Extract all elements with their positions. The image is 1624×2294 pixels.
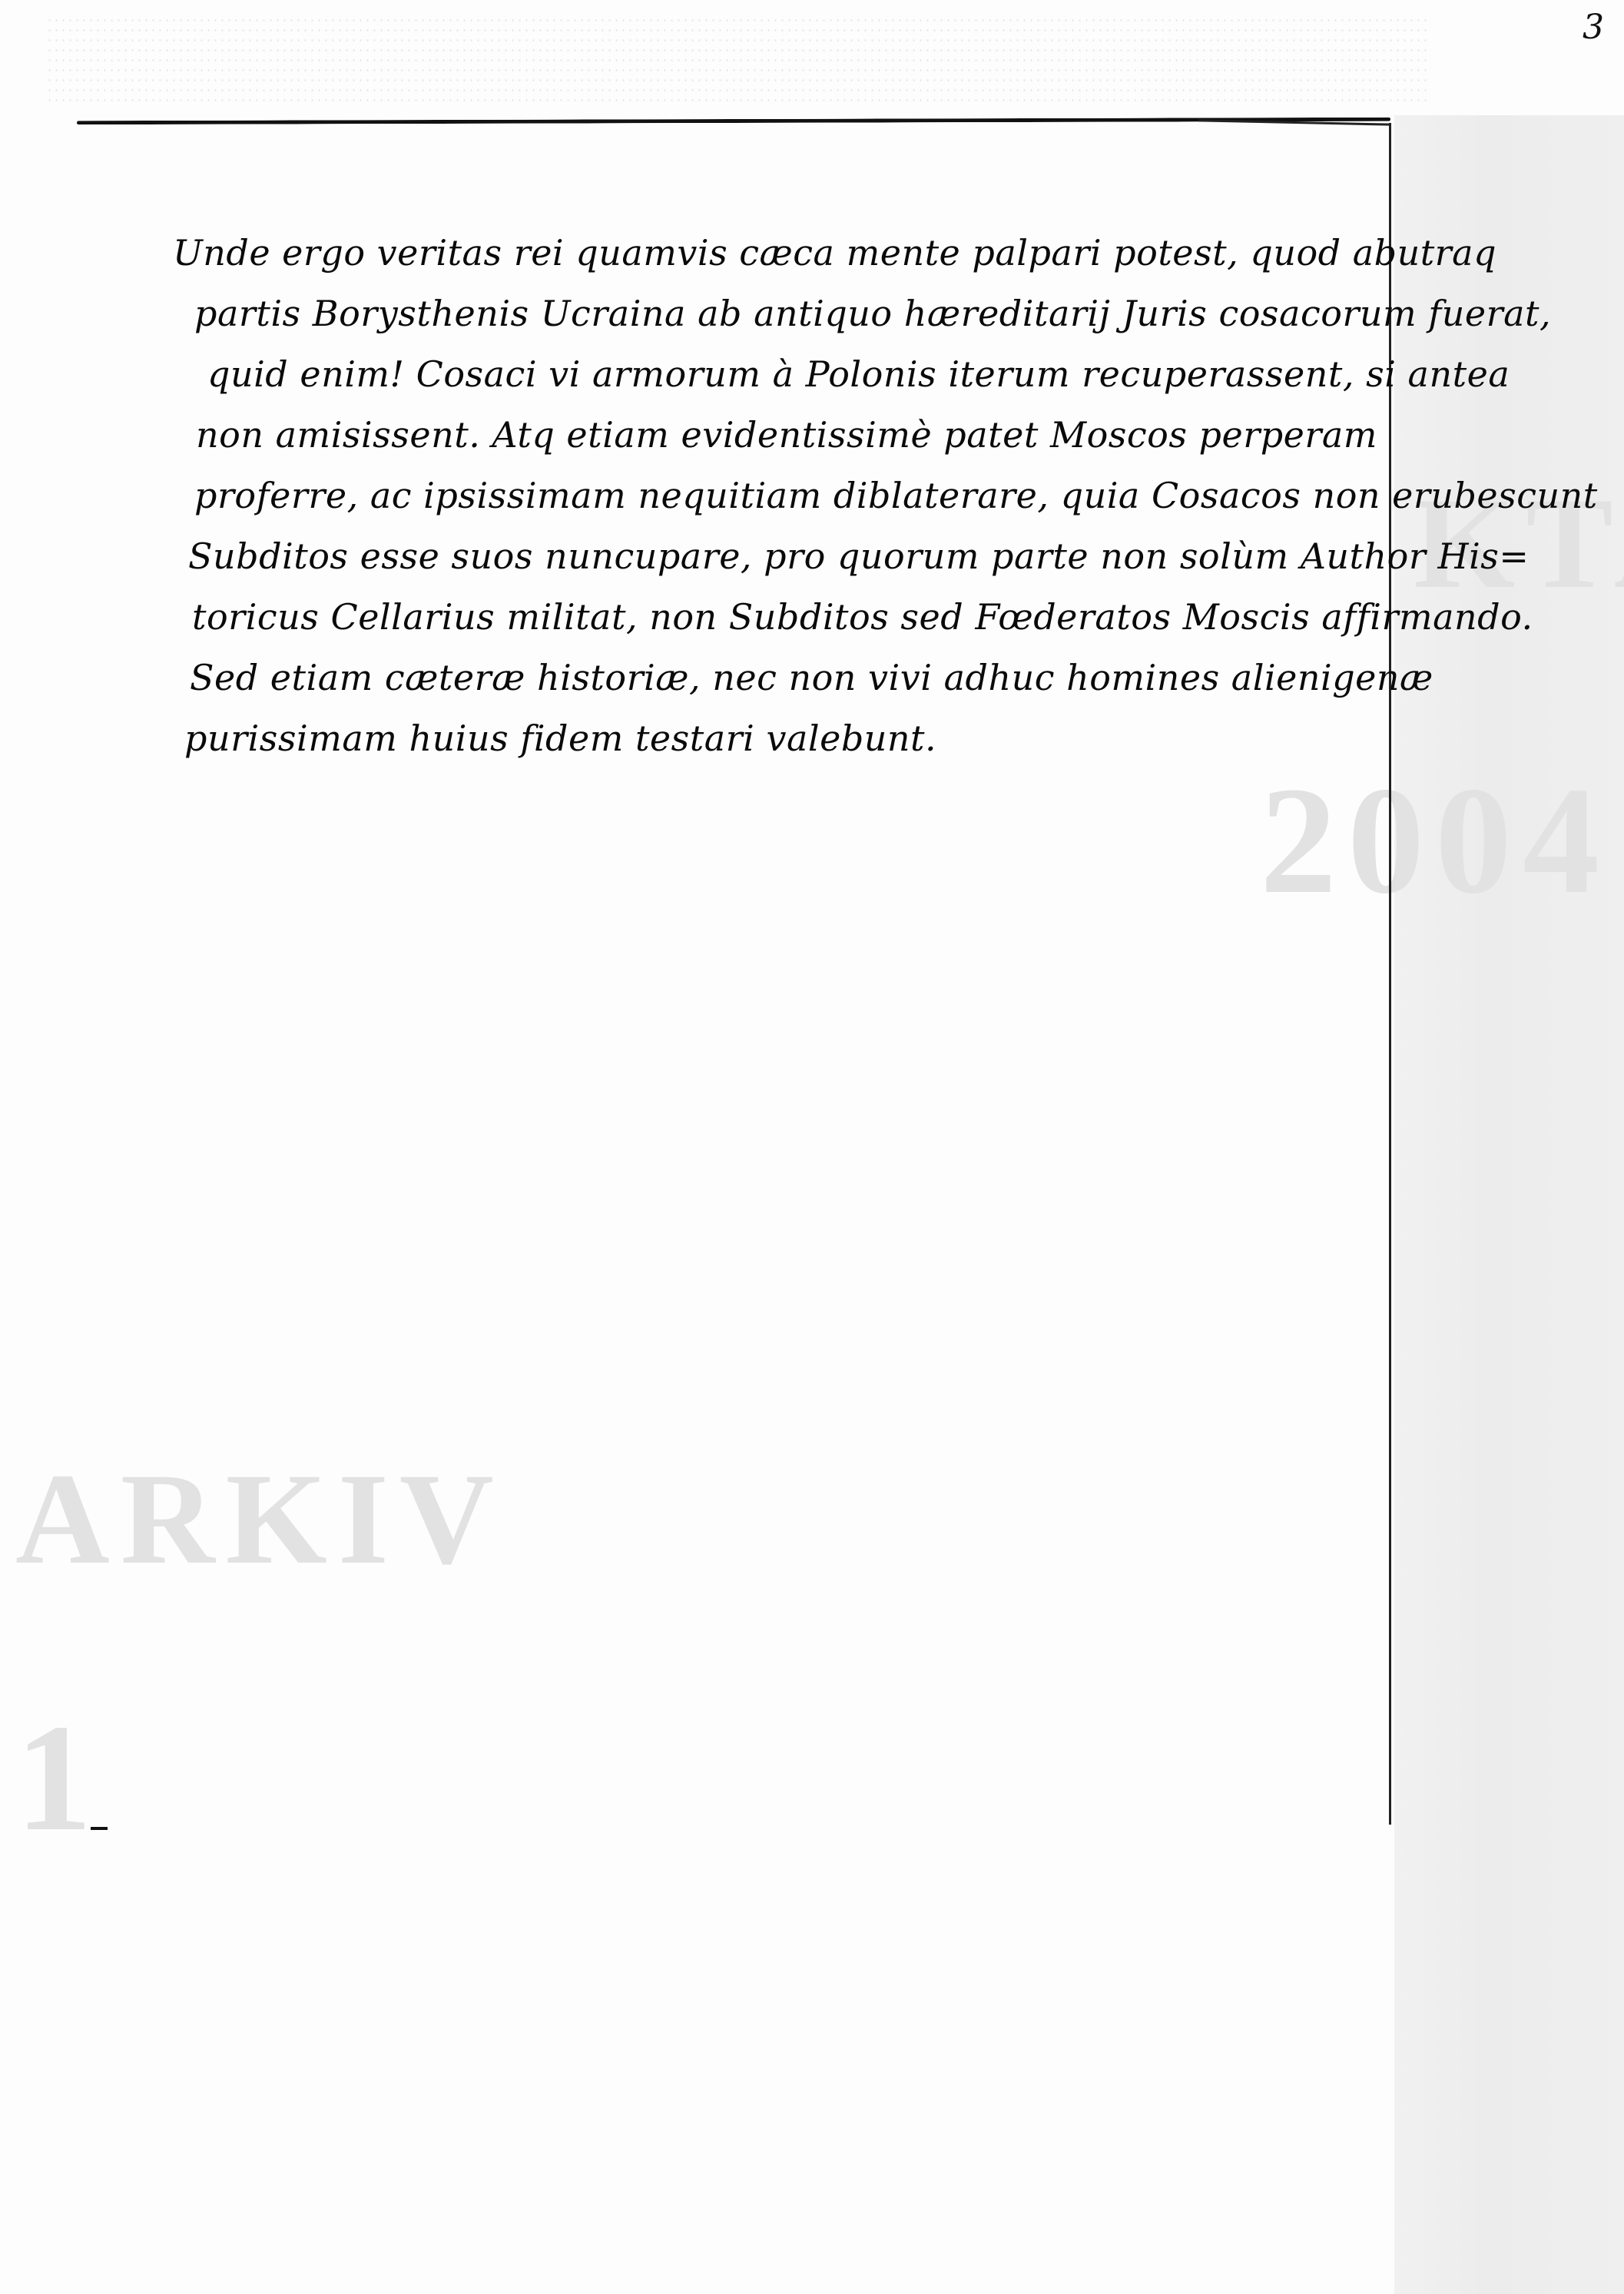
text-line: partis Borysthenis Ucraina ab antiquo hæ… (173, 283, 1394, 344)
page-number: 3 (1583, 8, 1604, 47)
watermark-arkiv: ARKIV (15, 1444, 505, 1594)
text-line: non amisissent. Atq etiam evidentissimè … (173, 405, 1394, 466)
top-rule-line (77, 118, 1390, 124)
text-line: Sed etiam cæteræ historiæ, nec non vivi … (173, 648, 1394, 708)
watermark-number: 1 (15, 1690, 103, 1866)
text-line: purissimam huius fidem testari valebunt. (173, 708, 1394, 769)
bottom-left-mark (91, 1827, 108, 1830)
text-line: Subditos esse suos nuncupare, pro quorum… (173, 526, 1394, 587)
text-line: Unde ergo veritas rei quamvis cæca mente… (173, 223, 1394, 283)
manuscript-page: KTA 2004 ARKIV 1 3 Unde ergo veritas rei… (0, 0, 1624, 2294)
text-line: toricus Cellarius militat, non Subditos … (173, 587, 1394, 648)
paper-speckle (46, 15, 1429, 108)
text-line: quid enim! Cosaci vi armorum à Polonis i… (173, 344, 1394, 405)
text-line: proferre, ac ipsissimam nequitiam diblat… (173, 466, 1394, 526)
right-margin-strip (1394, 115, 1624, 2294)
handwritten-text-block: Unde ergo veritas rei quamvis cæca mente… (173, 223, 1394, 769)
